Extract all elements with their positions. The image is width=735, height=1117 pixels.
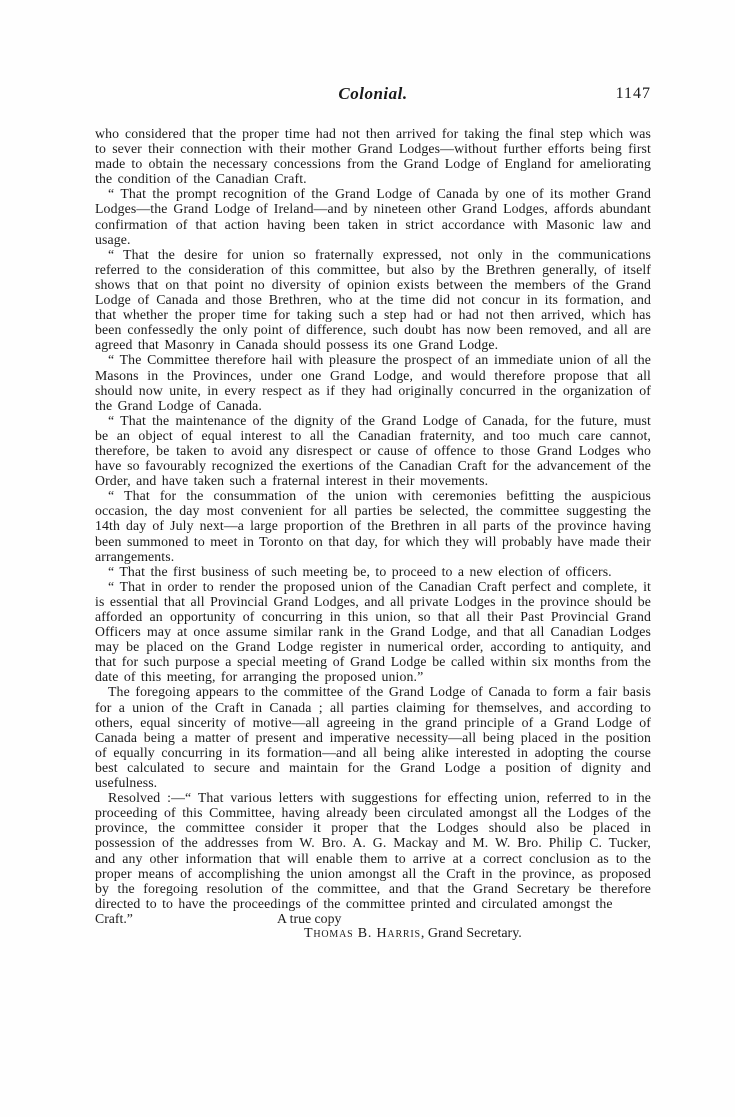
running-head-title: Colonial. <box>95 84 651 104</box>
paragraph-committee-hail: “ The Committee therefore hail with plea… <box>95 352 651 412</box>
page-number: 1147 <box>616 85 651 103</box>
signature-name: Thomas B. Harris <box>304 926 421 941</box>
paragraph-first-business: “ That the first business of such meetin… <box>95 564 651 579</box>
closing-line: Craft.” A true copy <box>95 911 651 926</box>
paragraph-maintenance-of-dignity: “ That the maintenance of the dignity of… <box>95 413 651 488</box>
paragraph-consummation: “ That for the consummation of the union… <box>95 488 651 563</box>
text-block: Colonial. 1147 who considered that the p… <box>95 84 651 941</box>
paragraph-continuation: who considered that the proper time had … <box>95 126 651 186</box>
paragraph-desire-for-union: “ That the desire for union so fraternal… <box>95 247 651 353</box>
paragraph-render-union-perfect: “ That in order to render the proposed u… <box>95 579 651 685</box>
signature-line: Thomas B. Harris, Grand Secretary. <box>304 926 651 941</box>
scanned-book-page: Colonial. 1147 who considered that the p… <box>0 0 735 1117</box>
paragraph-recognition: “ That the prompt recognition of the Gra… <box>95 186 651 246</box>
paragraph-foregoing-appears: The foregoing appears to the committee o… <box>95 684 651 790</box>
attestation-text: A true copy <box>277 911 341 926</box>
signature-title: , Grand Secretary. <box>421 926 522 941</box>
paragraph-resolved: Resolved :—“ That various letters with s… <box>95 790 651 911</box>
page-header: Colonial. 1147 <box>95 84 651 105</box>
closing-word: Craft.” <box>95 911 133 926</box>
